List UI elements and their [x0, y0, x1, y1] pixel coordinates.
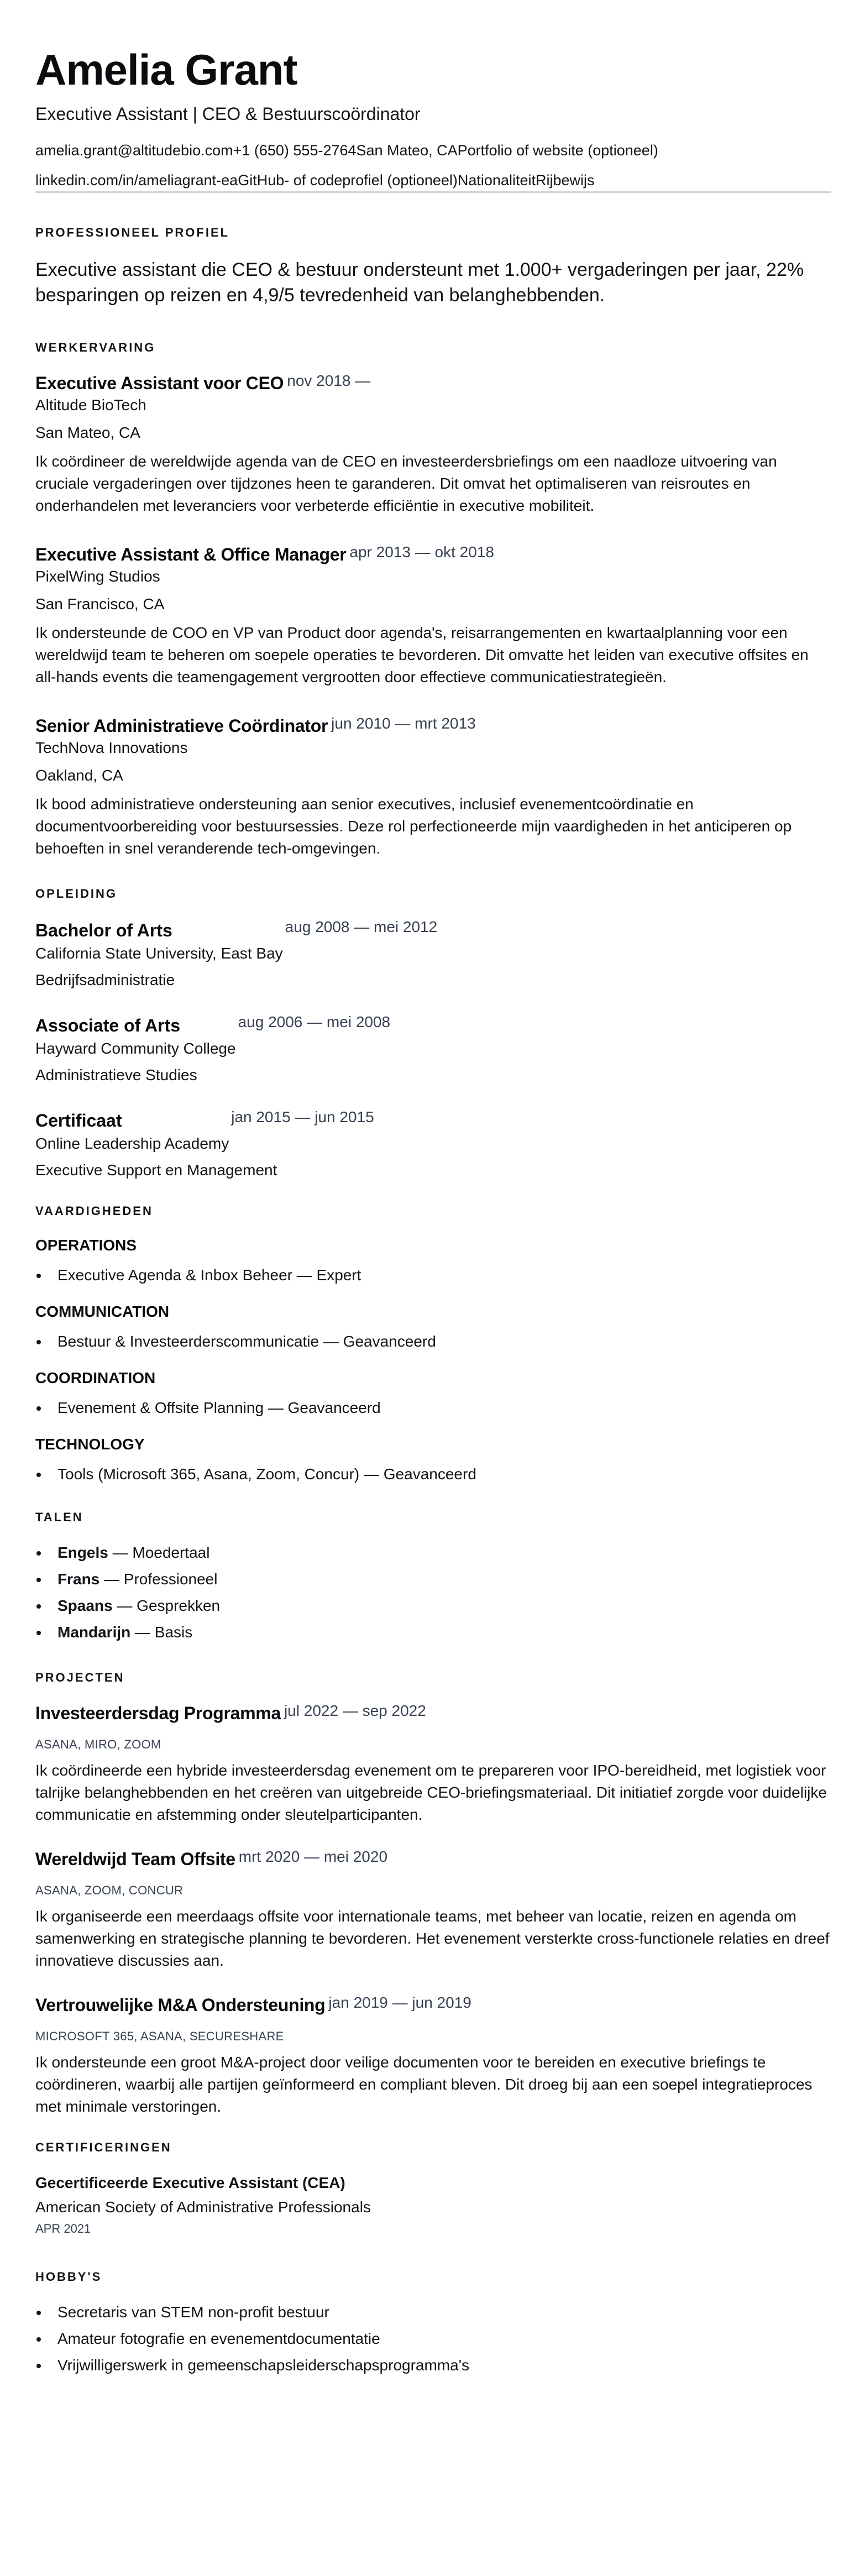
project-technologies: Asana, Zoom, Concur	[35, 1882, 830, 1899]
resume-header: Amelia Grant Executive Assistant | CEO &…	[35, 44, 830, 193]
project-header: Vertrouwelijke M&A Ondersteuningjan 2019…	[35, 1994, 830, 2016]
education-header: Bachelor of ArtsCalifornia State Univers…	[35, 918, 437, 965]
field-of-study: Administratieve Studies	[35, 1064, 830, 1086]
experience-header: Executive Assistant & Office Managerapr …	[35, 543, 830, 566]
header-divider	[35, 191, 831, 193]
languages-list: Engels — MoedertaalFrans — Professioneel…	[35, 1542, 830, 1643]
hobby-item: Secretaris van STEM non-profit bestuur	[35, 2301, 830, 2323]
skill-item: Bestuur & Investeerderscommunicatie — Ge…	[35, 1331, 830, 1353]
experience-entry: Senior Administratieve Coördinatorjun 20…	[35, 715, 830, 860]
skill-category: COORDINATION	[35, 1368, 830, 1388]
language-name: Mandarijn	[57, 1624, 130, 1641]
experience-entry: Executive Assistant & Office Managerapr …	[35, 543, 830, 688]
certification-entry: Gecertificeerde Executive Assistant (CEA…	[35, 2172, 830, 2237]
candidate-headline: Executive Assistant | CEO & Bestuurscoör…	[35, 102, 830, 126]
project-technologies: Microsoft 365, Asana, SecureShare	[35, 2028, 830, 2045]
project-description: Ik coördineerde een hybride investeerder…	[35, 1760, 831, 1826]
education-dates: aug 2008 — mei 2012	[285, 918, 438, 936]
skill-item: Executive Agenda & Inbox Beheer — Expert	[35, 1264, 830, 1286]
language-level: — Professioneel	[99, 1570, 217, 1588]
skill-category: TECHNOLOGY	[35, 1434, 830, 1454]
skills-list: OPERATIONSExecutive Agenda & Inbox Behee…	[35, 1235, 830, 1485]
job-location: San Francisco, CA	[35, 593, 830, 615]
projects-list: Investeerdersdag Programmajul 2022 — sep…	[35, 1702, 830, 2118]
project-description: Ik organiseerde een meerdaags offsite vo…	[35, 1905, 831, 1972]
language-level: — Moedertaal	[108, 1544, 210, 1561]
section-title-languages: Talen	[35, 1510, 830, 1525]
hobbies-list: Secretaris van STEM non-profit bestuurAm…	[35, 2301, 830, 2376]
section-education: Opleiding Bachelor of ArtsCalifornia Sta…	[35, 886, 830, 1181]
skill-category: COMMUNICATION	[35, 1302, 830, 1322]
project-header: Wereldwijd Team Offsitemrt 2020 — mei 20…	[35, 1848, 830, 1870]
certification-issuer: American Society of Administrative Profe…	[35, 2196, 830, 2218]
project-entry: Vertrouwelijke M&A Ondersteuningjan 2019…	[35, 1994, 830, 2118]
section-hobbies: Hobby's Secretaris van STEM non-profit b…	[35, 2269, 830, 2376]
language-item: Mandarijn — Basis	[35, 1621, 830, 1643]
skill-category: OPERATIONS	[35, 1235, 830, 1255]
certification-name: Gecertificeerde Executive Assistant (CEA…	[35, 2172, 830, 2194]
section-languages: Talen Engels — MoedertaalFrans — Profess…	[35, 1510, 830, 1643]
company-name: Altitude BioTech	[35, 394, 830, 416]
project-entry: Wereldwijd Team Offsitemrt 2020 — mei 20…	[35, 1848, 830, 1972]
hobby-item: Vrijwilligerswerk in gemeenschapsleiders…	[35, 2354, 830, 2376]
field-of-study: Bedrijfsadministratie	[35, 969, 830, 991]
skill-group: TECHNOLOGYTools (Microsoft 365, Asana, Z…	[35, 1434, 830, 1485]
language-name: Engels	[57, 1544, 108, 1561]
experience-header: Executive Assistant voor CEOnov 2018 —	[35, 372, 830, 394]
contact-row-primary: amelia.grant@altitudebio.com +1 (650) 55…	[35, 142, 830, 159]
job-dates: apr 2013 — okt 2018	[349, 543, 494, 561]
skill-group: COORDINATIONEvenement & Offsite Planning…	[35, 1368, 830, 1419]
contact-email[interactable]: amelia.grant@altitudebio.com	[35, 142, 233, 159]
project-technologies: Asana, Miro, Zoom	[35, 1736, 830, 1753]
company-name: PixelWing Studios	[35, 566, 830, 588]
contact-nationality: Nationaliteit	[458, 171, 536, 189]
section-title-skills: Vaardigheden	[35, 1203, 830, 1219]
contact-location: San Mateo, CA	[357, 142, 458, 159]
contact-github[interactable]: GitHub- of codeprofiel (optioneel)	[238, 171, 458, 189]
project-header: Investeerdersdag Programmajul 2022 — sep…	[35, 1702, 830, 1724]
experience-entry: Executive Assistant voor CEOnov 2018 —Al…	[35, 372, 830, 517]
education-entry: Associate of ArtsHayward Community Colle…	[35, 1013, 830, 1086]
certifications-list: Gecertificeerde Executive Assistant (CEA…	[35, 2172, 830, 2237]
resume-page: Amelia Grant Executive Assistant | CEO &…	[0, 0, 849, 2376]
language-name: Frans	[57, 1570, 99, 1588]
job-description: Ik coördineer de wereldwijde agenda van …	[35, 451, 831, 517]
skill-item: Evenement & Offsite Planning — Geavancee…	[35, 1397, 830, 1419]
profile-summary: Executive assistant die CEO & bestuur on…	[35, 257, 820, 308]
institution-name: Hayward Community College	[35, 1038, 236, 1060]
company-name: TechNova Innovations	[35, 737, 830, 759]
experience-list: Executive Assistant voor CEOnov 2018 —Al…	[35, 372, 830, 860]
contact-phone[interactable]: +1 (650) 555-2764	[233, 142, 357, 159]
language-item: Spaans — Gesprekken	[35, 1595, 830, 1617]
degree-title: Associate of Arts	[35, 1013, 236, 1038]
contact-portfolio[interactable]: Portfolio of website (optioneel)	[458, 142, 658, 159]
skill-group: OPERATIONSExecutive Agenda & Inbox Behee…	[35, 1235, 830, 1286]
section-title-projects: Projecten	[35, 1670, 830, 1685]
education-entry: CertificaatOnline Leadership Academyjan …	[35, 1108, 830, 1181]
degree-title: Certificaat	[35, 1108, 229, 1133]
project-name: Investeerdersdag Programma	[35, 1702, 281, 1724]
experience-header: Senior Administratieve Coördinatorjun 20…	[35, 715, 830, 737]
language-level: — Gesprekken	[113, 1597, 221, 1614]
certification-date: Apr 2021	[35, 2221, 830, 2237]
contact-drivers-license: Rijbewijs	[536, 171, 595, 189]
section-projects: Projecten Investeerdersdag Programmajul …	[35, 1670, 830, 2118]
job-description: Ik bood administratieve ondersteuning aa…	[35, 793, 831, 860]
job-title: Executive Assistant voor CEO	[35, 372, 284, 394]
job-description: Ik ondersteunde de COO en VP van Product…	[35, 622, 831, 688]
education-dates: jan 2015 — jun 2015	[231, 1108, 374, 1126]
project-description: Ik ondersteunde een groot M&A-project do…	[35, 2051, 831, 2118]
project-dates: jul 2022 — sep 2022	[284, 1702, 426, 1720]
hobby-item: Amateur fotografie en evenementdocumenta…	[35, 2328, 830, 2350]
section-skills: Vaardigheden OPERATIONSExecutive Agenda …	[35, 1203, 830, 1485]
project-dates: jan 2019 — jun 2019	[328, 1994, 471, 2012]
section-title-profile: Professioneel profiel	[35, 225, 830, 240]
institution-name: Online Leadership Academy	[35, 1133, 229, 1155]
contact-linkedin[interactable]: linkedin.com/in/ameliagrant-ea	[35, 171, 238, 189]
language-item: Frans — Professioneel	[35, 1568, 830, 1590]
education-main: Associate of ArtsHayward Community Colle…	[35, 1013, 236, 1060]
section-profile: Professioneel profiel Executive assistan…	[35, 225, 830, 308]
project-dates: mrt 2020 — mei 2020	[239, 1848, 387, 1866]
skill-items: Bestuur & Investeerderscommunicatie — Ge…	[35, 1331, 830, 1353]
job-dates: nov 2018 —	[287, 372, 370, 390]
education-list: Bachelor of ArtsCalifornia State Univers…	[35, 918, 830, 1181]
education-header: Associate of ArtsHayward Community Colle…	[35, 1013, 390, 1060]
language-name: Spaans	[57, 1597, 113, 1614]
skill-items: Executive Agenda & Inbox Beheer — Expert	[35, 1264, 830, 1286]
contact-row-secondary: linkedin.com/in/ameliagrant-ea GitHub- o…	[35, 171, 830, 189]
section-title-hobbies: Hobby's	[35, 2269, 830, 2285]
section-title-experience: Werkervaring	[35, 340, 830, 355]
project-name: Vertrouwelijke M&A Ondersteuning	[35, 1994, 325, 2016]
skill-items: Evenement & Offsite Planning — Geavancee…	[35, 1397, 830, 1419]
job-title: Executive Assistant & Office Manager	[35, 543, 346, 566]
project-entry: Investeerdersdag Programmajul 2022 — sep…	[35, 1702, 830, 1826]
education-header: CertificaatOnline Leadership Academyjan …	[35, 1108, 374, 1155]
language-level: — Basis	[130, 1624, 192, 1641]
education-dates: aug 2006 — mei 2008	[238, 1013, 391, 1031]
language-item: Engels — Moedertaal	[35, 1542, 830, 1564]
section-experience: Werkervaring Executive Assistant voor CE…	[35, 340, 830, 860]
field-of-study: Executive Support en Management	[35, 1159, 830, 1181]
section-title-certifications: Certificeringen	[35, 2140, 830, 2155]
candidate-name: Amelia Grant	[35, 44, 830, 95]
skill-items: Tools (Microsoft 365, Asana, Zoom, Concu…	[35, 1463, 830, 1485]
education-main: CertificaatOnline Leadership Academy	[35, 1108, 229, 1155]
institution-name: California State University, East Bay	[35, 943, 283, 965]
skill-item: Tools (Microsoft 365, Asana, Zoom, Concu…	[35, 1463, 830, 1485]
section-title-education: Opleiding	[35, 886, 830, 902]
job-location: San Mateo, CA	[35, 422, 830, 444]
contact-info: amelia.grant@altitudebio.com +1 (650) 55…	[35, 142, 830, 189]
degree-title: Bachelor of Arts	[35, 918, 283, 943]
education-entry: Bachelor of ArtsCalifornia State Univers…	[35, 918, 830, 991]
job-title: Senior Administratieve Coördinator	[35, 715, 328, 737]
project-name: Wereldwijd Team Offsite	[35, 1848, 235, 1870]
section-certifications: Certificeringen Gecertificeerde Executiv…	[35, 2140, 830, 2237]
education-main: Bachelor of ArtsCalifornia State Univers…	[35, 918, 283, 965]
job-dates: jun 2010 — mrt 2013	[331, 715, 476, 732]
skill-group: COMMUNICATIONBestuur & Investeerderscomm…	[35, 1302, 830, 1353]
job-location: Oakland, CA	[35, 765, 830, 787]
